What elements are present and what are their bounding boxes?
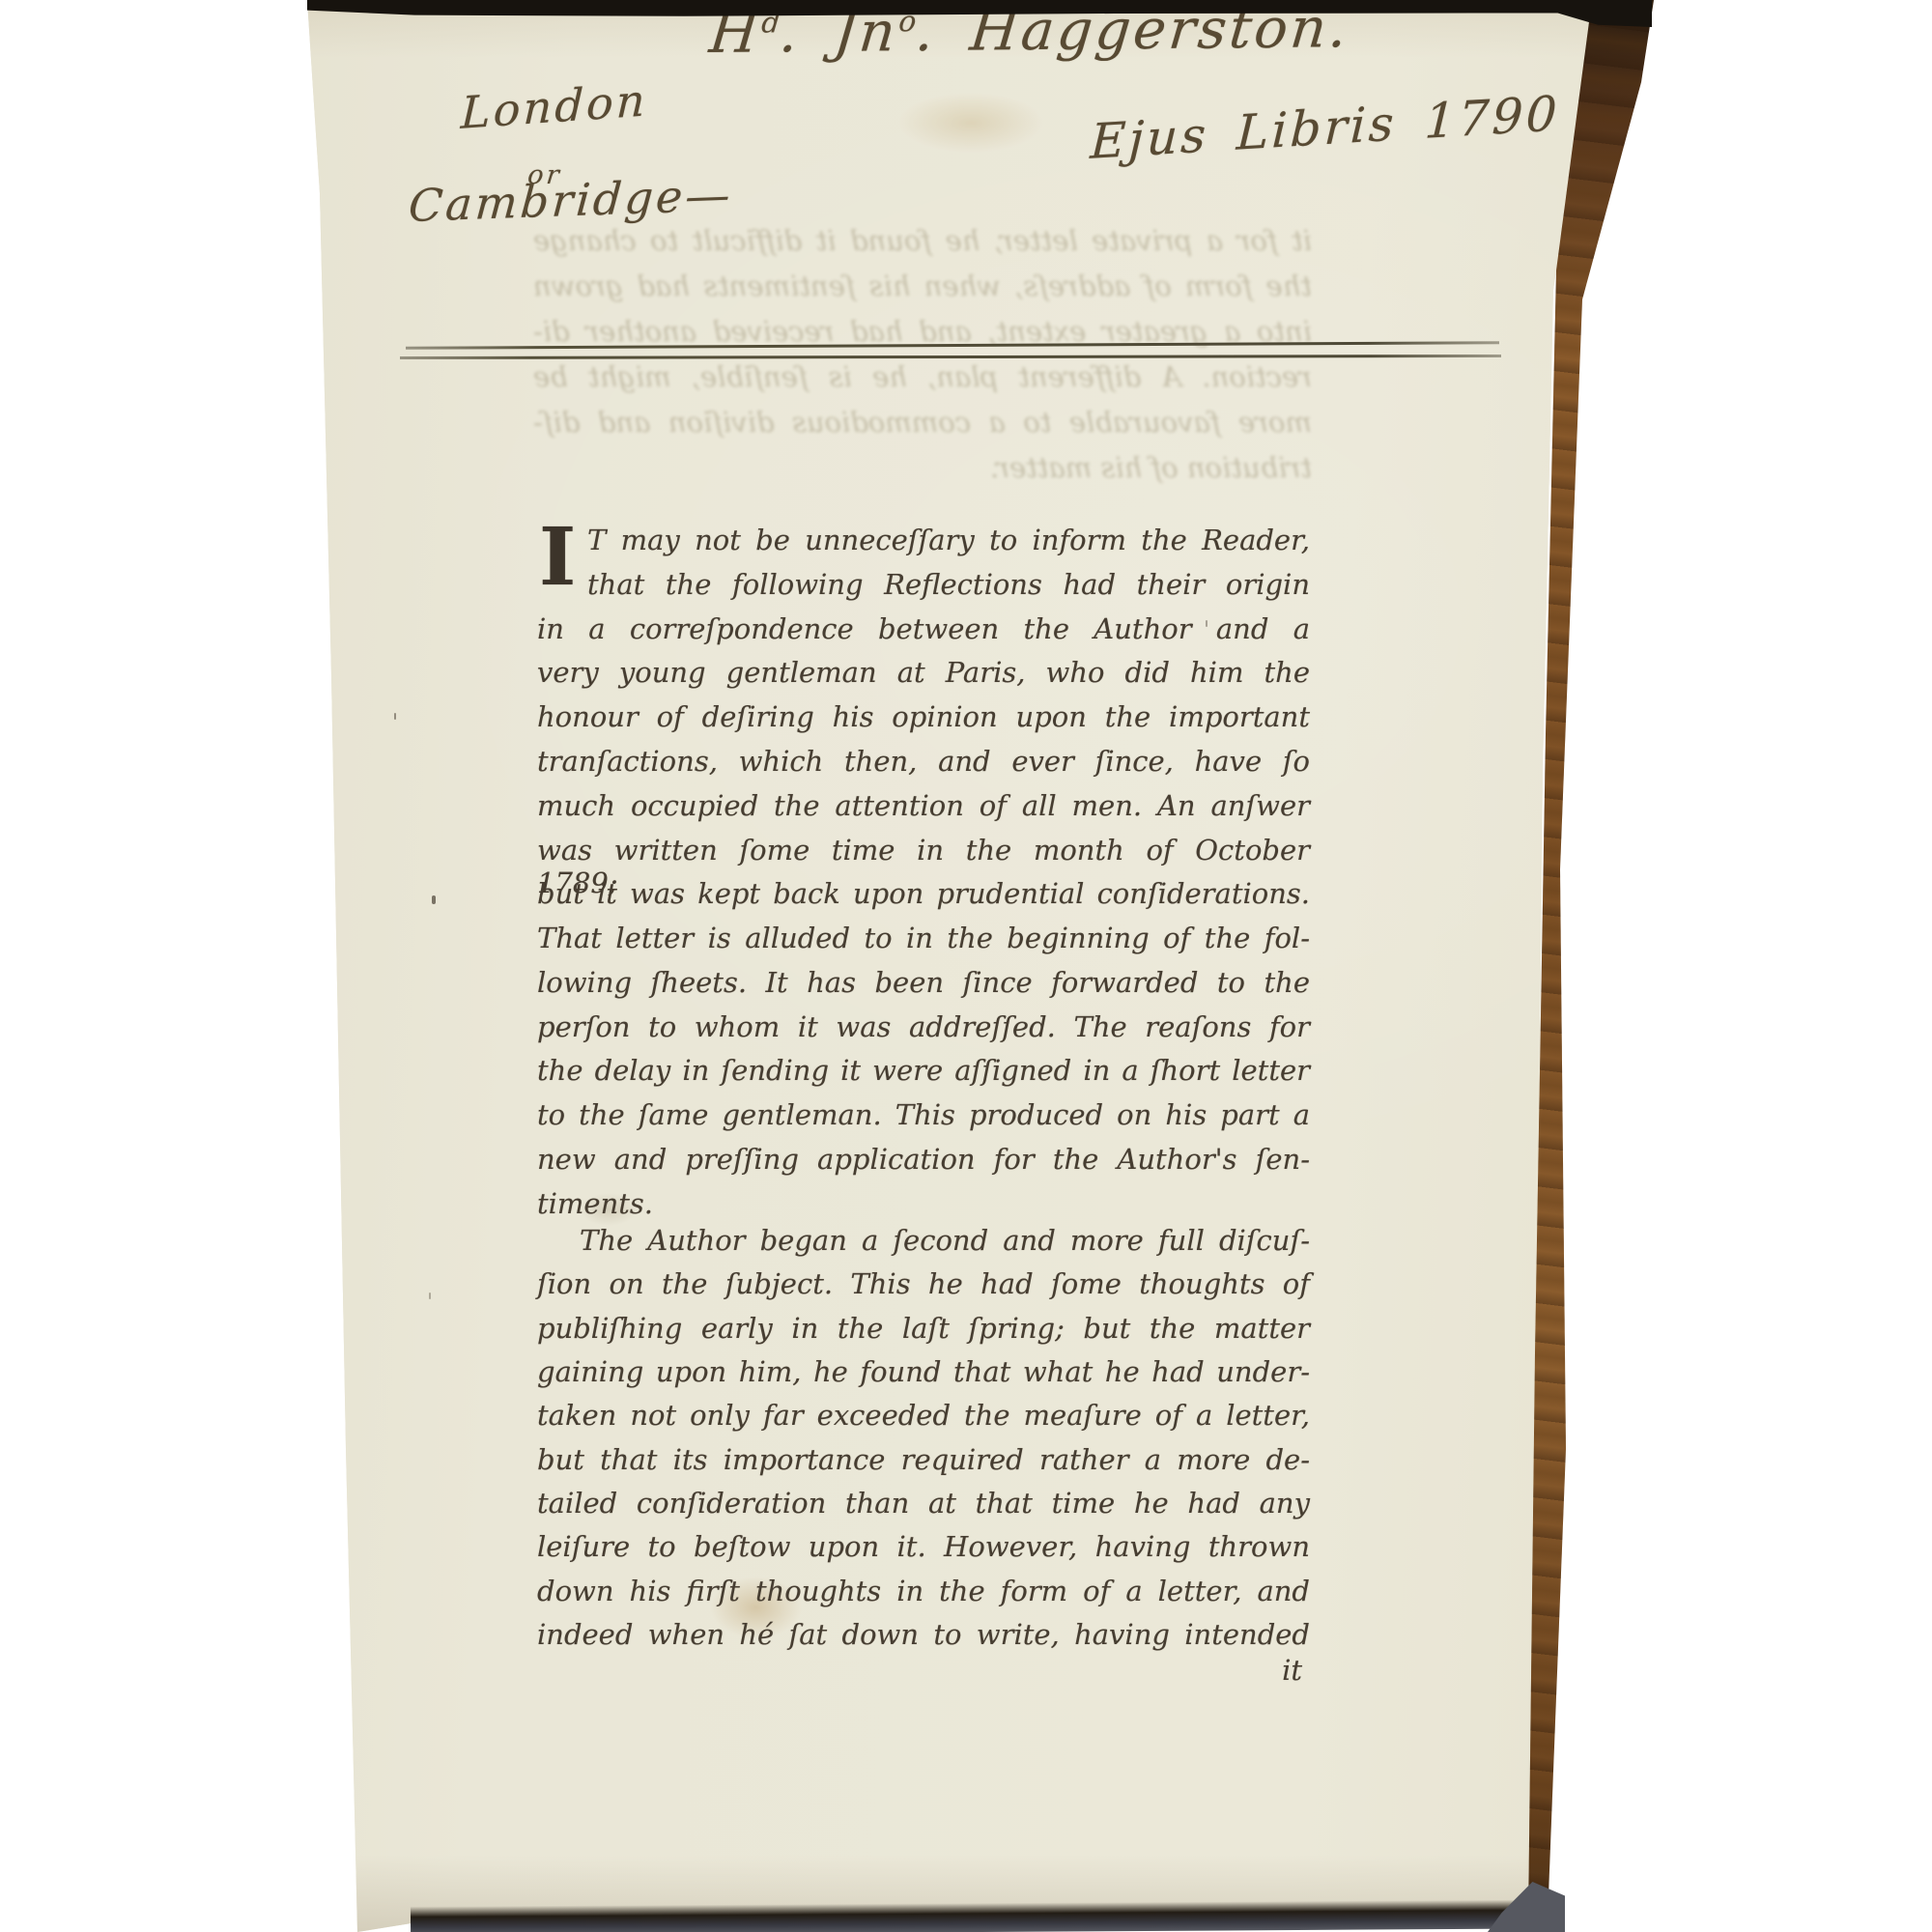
preface-line: but it was kept back upon prudential con… (537, 877, 1310, 922)
preface-line: much occupied the attention of all men. … (537, 789, 1310, 834)
ink-speck (432, 895, 436, 904)
book-photo: it for a private letter, he found it dif… (0, 0, 1932, 1932)
preface-line: That letter is alluded to in the beginni… (537, 922, 1310, 966)
preface-line: taken not only far exceeded the meaſure … (537, 1399, 1310, 1443)
preface-line: down his firſt thoughts in the form of a… (537, 1575, 1310, 1619)
preface-line: new and preſſing application for the Aut… (537, 1143, 1310, 1187)
preface-line: but that its importance required rather … (537, 1443, 1310, 1488)
preface-line: publiſhing early in the laſt ſpring; but… (537, 1312, 1310, 1356)
preface-line: to the ſame gentleman. This produced on … (537, 1098, 1310, 1143)
preface-line: in a correſpondence between the Author a… (537, 612, 1310, 657)
preface-line: leiſure to beſtow upon it. However, havi… (537, 1530, 1310, 1575)
preface-line: tranſactions, which then, and ever ſince… (537, 745, 1310, 789)
preface-line: The Author began a ſecond and more full … (537, 1224, 1310, 1268)
preface-line: ſion on the ſubject. This he had ſome th… (537, 1267, 1310, 1312)
preface-line: tailed conſideration than at that time h… (537, 1487, 1310, 1531)
preface-line: the delay in ſending it were aſſigned in… (537, 1054, 1310, 1098)
preface-line: was written ſome time in the month of Oc… (537, 834, 1310, 878)
preface-line: gaining upon him, he found that what he … (537, 1355, 1310, 1400)
catchword: it (537, 1654, 1302, 1687)
preface-text-block: I T may not be unneceſſary to inform the… (537, 0, 1310, 1932)
preface-line: that the following Reflections had their… (537, 568, 1310, 612)
preface-line: perſon to whom it was addreſſed. The rea… (537, 1010, 1310, 1055)
preface-line: lowing ſheets. It has been ſince forward… (537, 966, 1310, 1010)
preface-line: honour of deſiring his opinion upon the … (537, 700, 1310, 745)
preface-line: very young gentleman at Paris, who did h… (537, 656, 1310, 700)
preface-line: T may not be unneceſſary to inform the R… (537, 524, 1310, 568)
